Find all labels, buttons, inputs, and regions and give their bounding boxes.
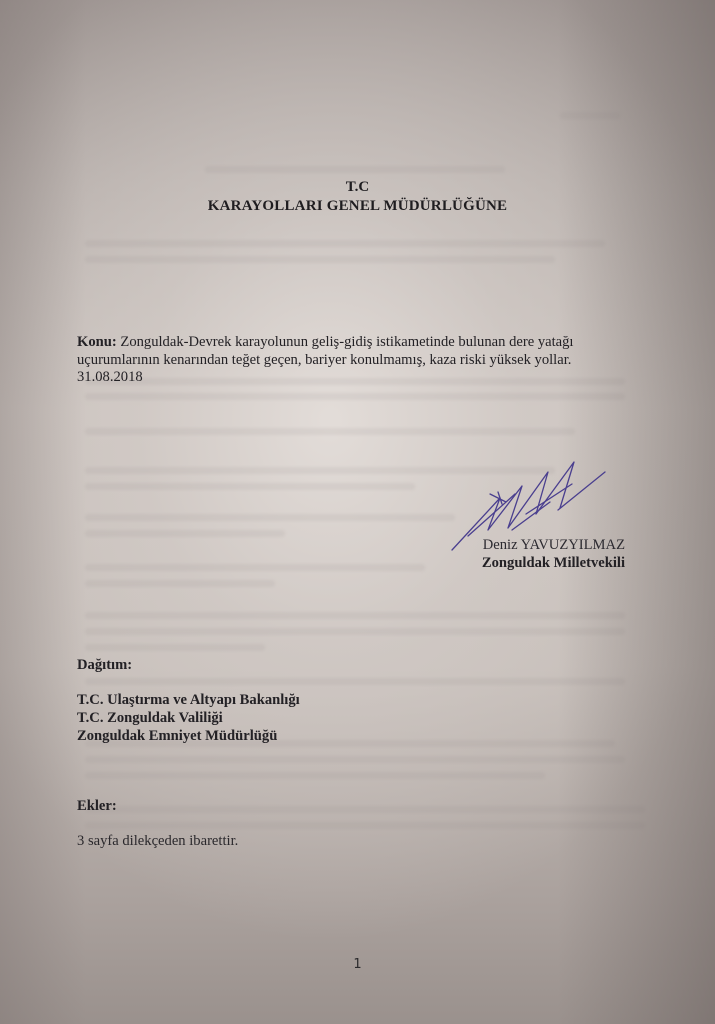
subject-text-1: Zonguldak-Devrek karayolunun geliş-gidiş… <box>117 334 574 350</box>
subject-date: 31.08.2018 <box>77 369 677 387</box>
attachments-label: Ekler: <box>77 797 117 815</box>
distribution-list: T.C. Ulaştırma ve Altyapı Bakanlığı T.C.… <box>77 691 300 745</box>
page-number: 1 <box>0 957 715 972</box>
subject-block: Konu: Zonguldak-Devrek karayolunun geliş… <box>77 334 677 387</box>
distribution-recipient: T.C. Ulaştırma ve Altyapı Bakanlığı <box>77 691 300 709</box>
subject-line-1: Konu: Zonguldak-Devrek karayolunun geliş… <box>77 334 677 352</box>
distribution-label: Dağıtım: <box>77 656 132 674</box>
signer-name: Deniz YAVUZYILMAZ <box>483 536 625 554</box>
subject-line-2: uçurumlarının kenarından teğet geçen, ba… <box>77 352 677 370</box>
header-recipient-title: KARAYOLLARI GENEL MÜDÜRLÜĞÜNE <box>0 197 715 216</box>
signer-title: Zonguldak Milletvekili <box>482 554 625 572</box>
document-body: T.C KARAYOLLARI GENEL MÜDÜRLÜĞÜNE Konu: … <box>0 0 715 1024</box>
subject-label: Konu: <box>77 334 117 350</box>
attachments-text: 3 sayfa dilekçeden ibarettir. <box>77 832 238 850</box>
distribution-recipient: T.C. Zonguldak Valiliği <box>77 709 300 727</box>
header-tc: T.C <box>0 178 715 197</box>
distribution-recipient: Zonguldak Emniyet Müdürlüğü <box>77 727 300 745</box>
